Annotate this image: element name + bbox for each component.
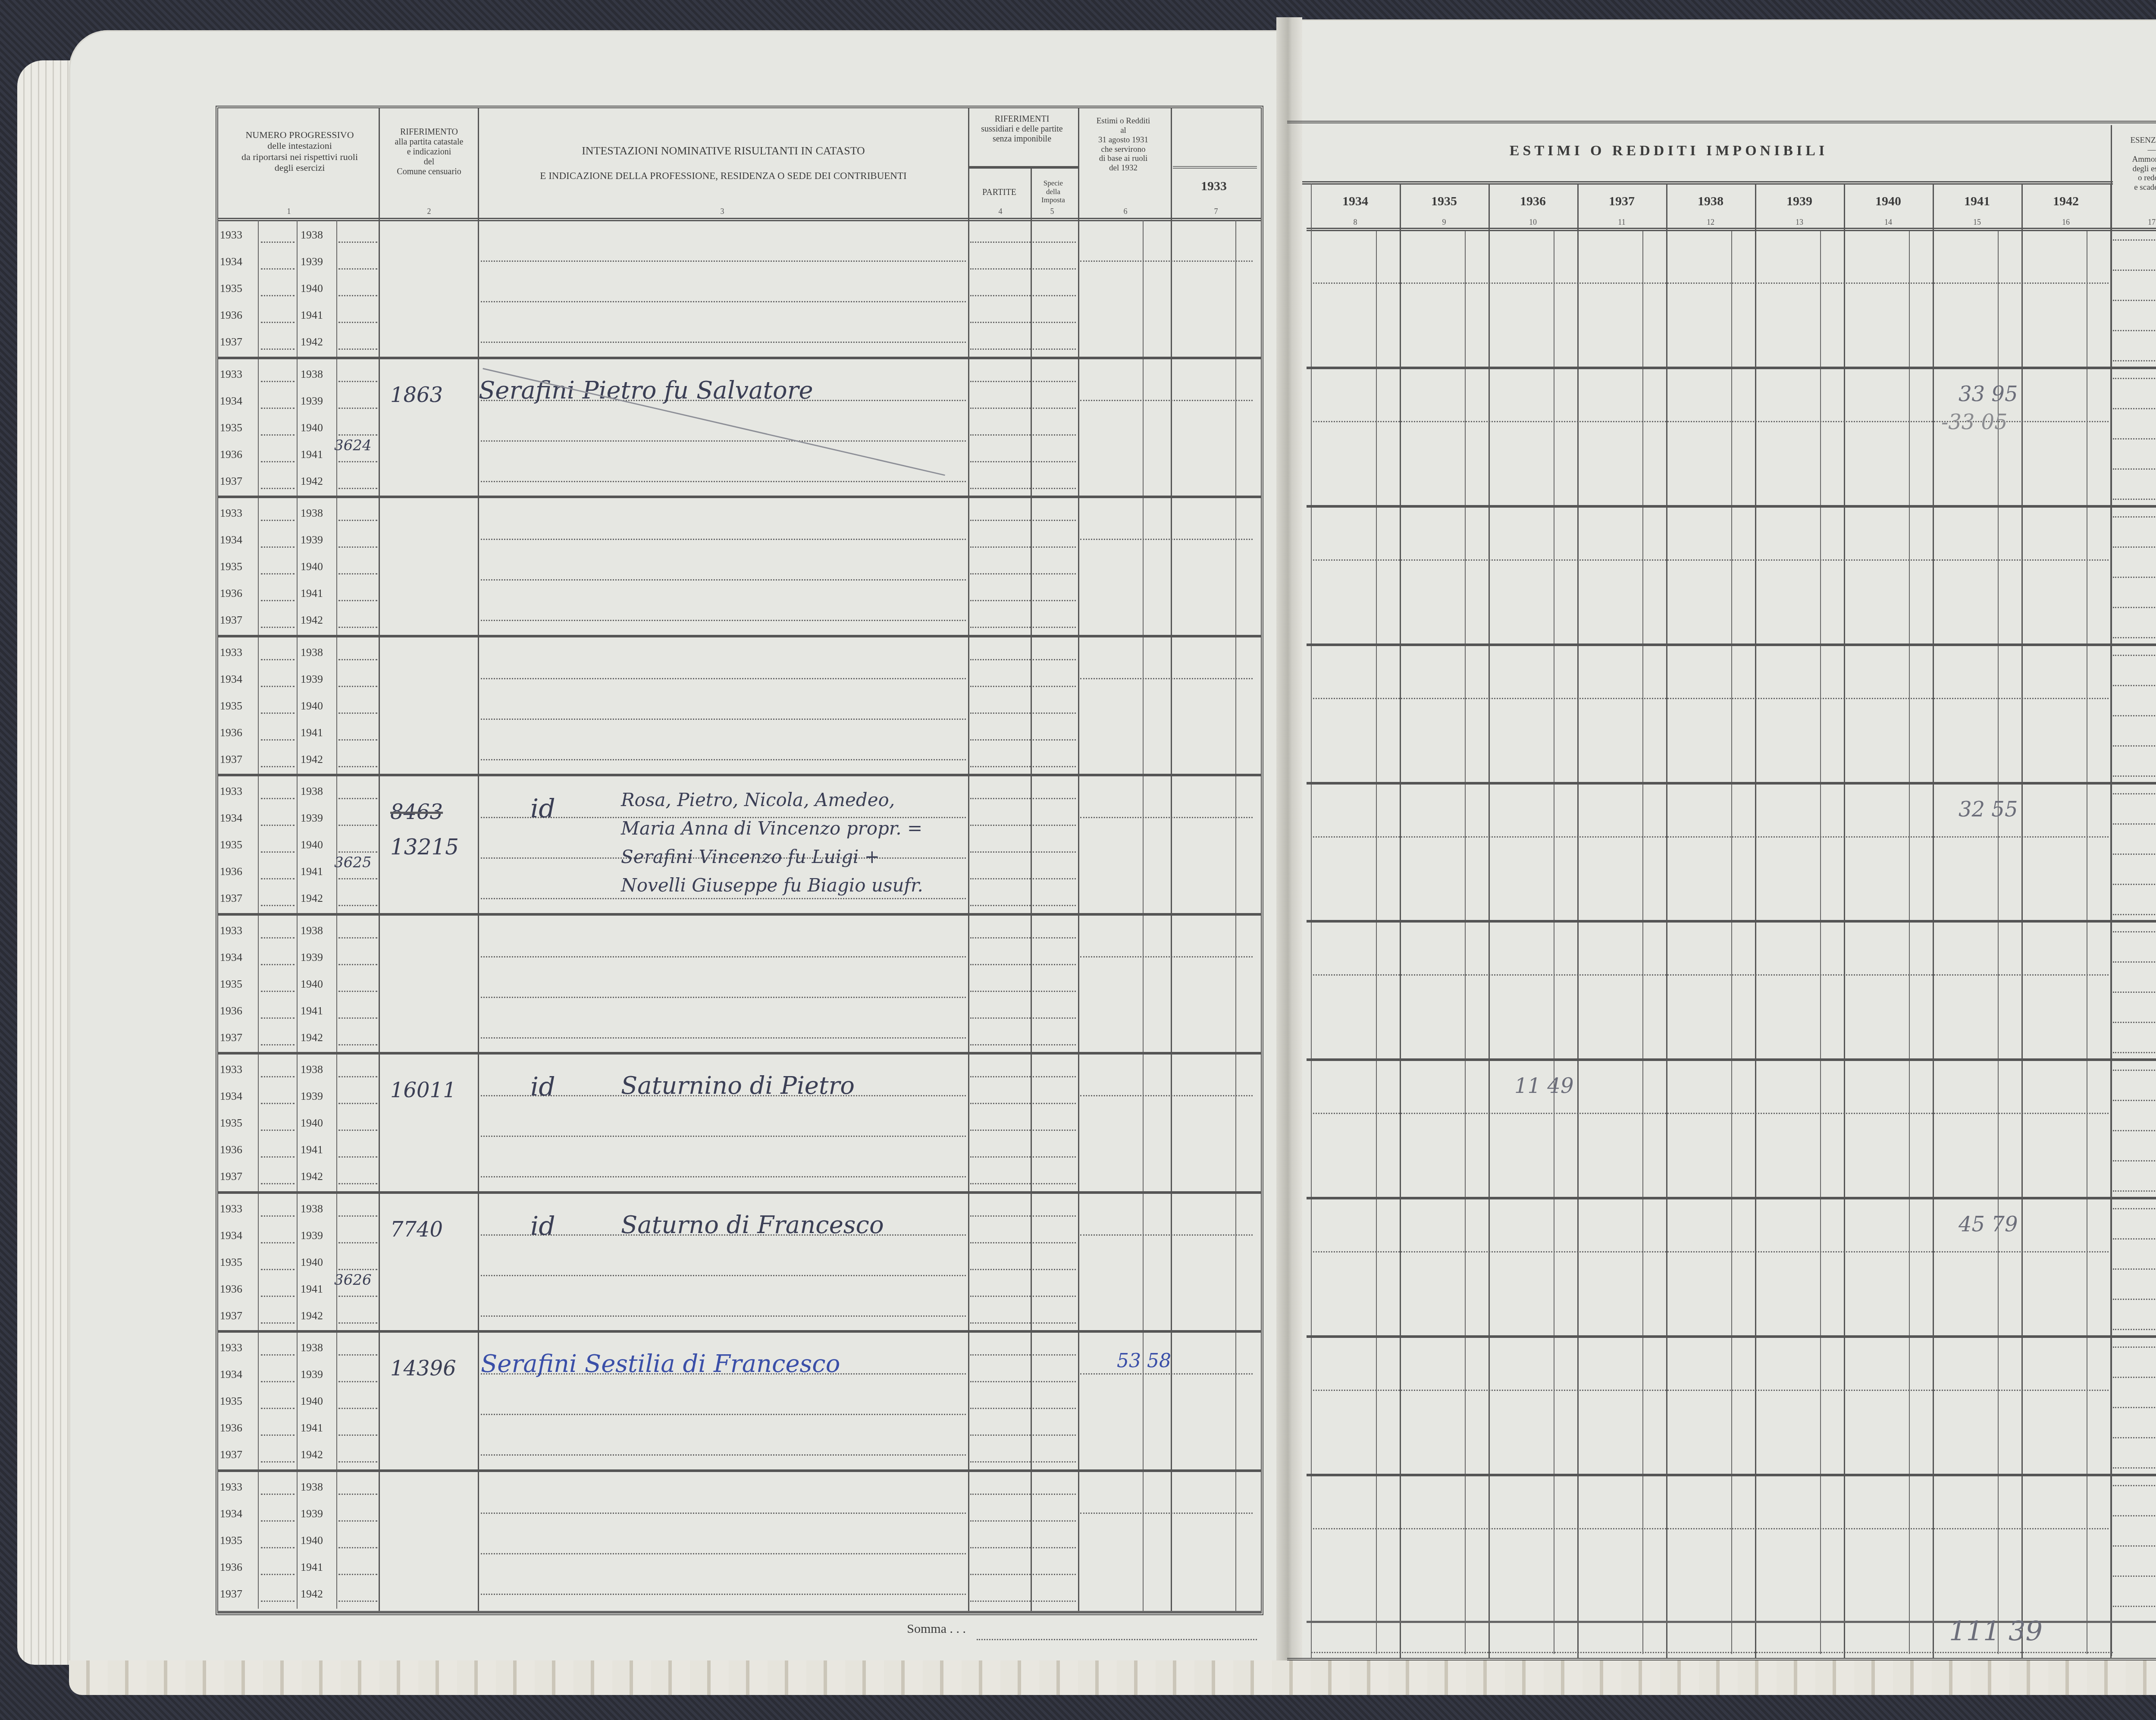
dotted-line: [481, 1275, 966, 1276]
dotted-line: [2113, 270, 2156, 271]
year-label-left: 1936: [220, 1143, 242, 1156]
dotted-line: [2113, 1299, 2156, 1300]
dotted-line: [338, 600, 377, 601]
col6-value: 53 58: [1117, 1350, 1171, 1372]
dotted-line: [970, 1044, 1031, 1045]
dotted-line: [1033, 295, 1076, 296]
dotted-line: [1033, 408, 1076, 409]
dotted-line: [338, 1215, 377, 1217]
year-label-right: 1939: [301, 1368, 323, 1381]
year-label-right: 1941: [301, 448, 323, 461]
year-label-left: 1936: [220, 448, 242, 461]
dotted-line: [1033, 1520, 1076, 1522]
dotted-line: [1033, 322, 1076, 323]
dotted-line: [2113, 1346, 2156, 1348]
dotted-line: [338, 1408, 377, 1409]
dotted-line: [1033, 1601, 1076, 1602]
dotted-line: [970, 1103, 1031, 1104]
year-label-left: 1937: [220, 1448, 242, 1461]
dotted-line: [970, 905, 1031, 906]
dotted-line: [2113, 1238, 2156, 1240]
dotted-line: [261, 546, 295, 548]
dotted-line: [338, 1494, 377, 1495]
year-label-right: 1940: [301, 421, 323, 434]
dotted-line: [970, 712, 1031, 714]
year-header-1935: 1935: [1400, 194, 1489, 209]
dotted-line: [338, 461, 377, 462]
dotted-line: [338, 1296, 377, 1297]
header-bottom-rule-right: [1307, 228, 2156, 231]
dotted-line: [970, 1434, 1031, 1436]
dotted-line: [261, 434, 295, 436]
year-header-1938: 1938: [1666, 194, 1755, 209]
dotted-line: [338, 991, 377, 992]
dotted-line: [2113, 468, 2156, 470]
dotted-line: [1313, 559, 2109, 561]
dotted-line: [970, 1547, 1031, 1548]
years-top-rule: [1302, 181, 2113, 185]
dotted-line: [338, 1044, 377, 1045]
year-label-right: 1942: [301, 1031, 323, 1044]
dotted-line: [261, 878, 295, 879]
row-separator-left: [218, 1330, 1261, 1333]
year-label-right: 1940: [301, 1534, 323, 1547]
dotted-line: [970, 381, 1031, 382]
year-label-right: 1941: [301, 1422, 323, 1434]
year-label-left: 1934: [220, 395, 242, 408]
dotted-line: [1033, 937, 1076, 938]
dotted-line: [1033, 1103, 1076, 1104]
year-label-left: 1934: [220, 534, 242, 546]
year-label-left: 1934: [220, 1229, 242, 1242]
dotted-line: [261, 1269, 295, 1270]
dotted-line: [261, 766, 295, 767]
year-label-right: 1940: [301, 1256, 323, 1269]
dotted-line: [970, 798, 1031, 799]
year-label-right: 1941: [301, 1143, 323, 1156]
idem-prefix: id: [530, 1072, 555, 1102]
dotted-line: [481, 1454, 966, 1456]
dotted-line: [970, 766, 1031, 767]
dotted-line: [1033, 1044, 1076, 1045]
dotted-line: [2113, 1130, 2156, 1131]
vline-cents: [1909, 231, 1910, 1654]
dotted-line: [481, 301, 966, 302]
year-label-right: 1939: [301, 1090, 323, 1103]
dotted-line: [1033, 348, 1076, 350]
contributor-name: Saturno di Francesco: [621, 1211, 884, 1239]
year-header-1939: 1939: [1755, 194, 1844, 209]
col-number-2: 2: [420, 207, 438, 216]
header-col7: 1933: [1171, 179, 1257, 194]
dotted-line: [481, 678, 966, 679]
year-label-right: 1939: [301, 951, 323, 964]
dotted-line: [338, 1520, 377, 1522]
row-separator-left: [218, 496, 1261, 498]
year-label-left: 1933: [220, 1063, 242, 1076]
dotted-line: [261, 408, 295, 409]
dotted-line: [338, 766, 377, 767]
col-number-1: 1: [280, 207, 298, 216]
year-label-right: 1938: [301, 1341, 323, 1354]
value-1941: 45 79: [1959, 1212, 2018, 1237]
header-col45-line: senza imponibile: [968, 134, 1076, 144]
dotted-line: [2113, 607, 2156, 608]
vline-cents: [1998, 231, 1999, 1654]
year-label-left: 1936: [220, 1561, 242, 1574]
dotted-line: [1080, 1513, 1253, 1514]
dotted-line: [338, 488, 377, 489]
dotted-line: [1313, 1390, 2109, 1391]
year-label-left: 1934: [220, 1507, 242, 1520]
year-label-right: 1941: [301, 587, 323, 600]
year-label-left: 1937: [220, 1031, 242, 1044]
header-bottom-rule-left: [218, 218, 1261, 221]
year-label-left: 1937: [220, 1309, 242, 1322]
dotted-line: [338, 1156, 377, 1158]
year-label-right: 1939: [301, 534, 323, 546]
dotted-line: [1033, 546, 1076, 548]
year-label-left: 1934: [220, 1368, 242, 1381]
value-1941: 32 55: [1959, 797, 2018, 822]
dotted-line: [261, 1461, 295, 1463]
dotted-line: [2113, 438, 2156, 439]
header-col5-line: Imposta: [1031, 196, 1076, 204]
dotted-line: [338, 268, 377, 270]
dotted-line: [1033, 573, 1076, 574]
header-col5: Specie della Imposta: [1031, 179, 1076, 204]
dotted-line: [2113, 715, 2156, 716]
dotted-line: [261, 322, 295, 323]
dotted-line: [261, 905, 295, 906]
dotted-line: [970, 600, 1031, 601]
dotted-line: [1033, 1547, 1076, 1548]
dotted-line: [261, 798, 295, 799]
row-separator-right: [1307, 1058, 2156, 1061]
dotted-line: [1313, 698, 2109, 699]
dotted-line: [1033, 1461, 1076, 1463]
dotted-line: [261, 520, 295, 521]
dotted-line: [2113, 1160, 2156, 1161]
header-col5-line: Specie: [1031, 179, 1076, 188]
dotted-line: [481, 1315, 966, 1317]
dotted-line: [261, 295, 295, 296]
dotted-line: [970, 1574, 1031, 1575]
dotted-line: [1033, 991, 1076, 992]
dotted-line: [338, 520, 377, 521]
dotted-line: [261, 488, 295, 489]
value-1941-correction: -33 05: [1941, 410, 2008, 434]
dotted-line: [1080, 1095, 1253, 1096]
header-col6: Estimi o Redditi al 31 agosto 1931 che s…: [1078, 116, 1169, 173]
dotted-line: [970, 1408, 1031, 1409]
year-label-left: 1935: [220, 978, 242, 991]
dotted-line: [481, 997, 966, 998]
sum-top-rule-left: [218, 1611, 1261, 1613]
dotted-line: [338, 1017, 377, 1019]
dotted-line: [338, 825, 377, 826]
row-separator-right: [1307, 1474, 2156, 1476]
dotted-line: [261, 1044, 295, 1045]
dotted-line: [261, 851, 295, 853]
year-label-left: 1936: [220, 309, 242, 322]
dotted-line: [1033, 381, 1076, 382]
dotted-line: [338, 851, 377, 853]
header-col3-title: INTESTAZIONI NOMINATIVE RISULTANTI IN CA…: [479, 144, 968, 157]
dotted-line: [1033, 1354, 1076, 1356]
year-label-right: 1938: [301, 924, 323, 937]
dotted-line: [2113, 1437, 2156, 1438]
dotted-line: [261, 1076, 295, 1077]
dotted-line: [970, 461, 1031, 462]
dotted-line: [481, 1553, 966, 1554]
dotted-line: [1033, 1076, 1076, 1077]
dotted-line: [1033, 659, 1076, 660]
dotted-line: [970, 1076, 1031, 1077]
dotted-line: [1033, 600, 1076, 601]
year-label-left: 1934: [220, 673, 242, 686]
dotted-line: [1033, 488, 1076, 489]
row-separator-left: [218, 913, 1261, 916]
dotted-line: [338, 1354, 377, 1356]
page-stack-left: [17, 60, 78, 1665]
header-col4: PARTITE: [968, 188, 1031, 198]
dotted-line: [970, 878, 1031, 879]
dotted-line: [481, 261, 966, 262]
dotted-line: [970, 851, 1031, 853]
contributor-name: Serafini Vincenzo fu Luigi +: [621, 846, 880, 867]
dotted-line: [261, 659, 295, 660]
header-col45: RIFERIMENTI sussidiari e delle partite s…: [968, 114, 1076, 144]
header-col2: RIFERIMENTO alla partita catastale e ind…: [379, 127, 479, 177]
year-label-right: 1938: [301, 646, 323, 659]
dotted-line: [261, 1183, 295, 1184]
year-label-right: 1938: [301, 1202, 323, 1215]
dotted-line: [1033, 964, 1076, 965]
year-label-left: 1937: [220, 753, 242, 766]
year-header-1936: 1936: [1489, 194, 1577, 209]
dotted-line: [1080, 1234, 1253, 1236]
col-number-15: 15: [1968, 218, 1986, 227]
dotted-line: [2113, 775, 2156, 777]
dotted-line: [1033, 878, 1076, 879]
header-col17-line: ESENZIONI: [2113, 136, 2156, 145]
dotted-line: [481, 342, 966, 343]
dotted-line: [2113, 378, 2156, 379]
dotted-line: [1313, 974, 2109, 976]
row-separator-right: [1307, 782, 2156, 785]
dotted-line: [970, 1183, 1031, 1184]
dotted-line: [338, 1076, 377, 1077]
year-label-right: 1942: [301, 336, 323, 348]
year-label-right: 1940: [301, 1117, 323, 1130]
dotted-line: [1313, 1251, 2109, 1252]
year-label-left: 1935: [220, 700, 242, 712]
dotted-line: [338, 1461, 377, 1463]
dotted-line: [2113, 1407, 2156, 1408]
year-label-left: 1933: [220, 368, 242, 381]
dotted-line: [970, 434, 1031, 436]
dotted-line: [970, 1354, 1031, 1356]
header-col1-line: degli esercizi: [220, 162, 379, 173]
year-label-left: 1937: [220, 475, 242, 488]
dotted-line: [338, 1381, 377, 1382]
year-label-left: 1935: [220, 421, 242, 434]
dotted-line: [481, 440, 966, 442]
reference-number: 3624: [334, 437, 372, 454]
reference-number: 3625: [334, 854, 372, 871]
vline: [1078, 108, 1079, 1613]
dotted-line: [338, 686, 377, 687]
dotted-line: [261, 627, 295, 628]
dotted-line: [970, 295, 1031, 296]
dotted-line: [481, 1176, 966, 1177]
contributor-name: Rosa, Pietro, Nicola, Amedeo,: [621, 789, 895, 810]
year-label-right: 1938: [301, 785, 323, 798]
dotted-line: [261, 1296, 295, 1297]
year-label-left: 1935: [220, 560, 242, 573]
year-label-right: 1942: [301, 892, 323, 905]
dotted-line: [338, 798, 377, 799]
header-col2-line: alla partita catastale: [379, 137, 479, 147]
dotted-line: [481, 579, 966, 581]
row-separator-right: [1307, 367, 2156, 369]
dotted-line: [338, 1130, 377, 1131]
vline-cents: [1820, 231, 1821, 1654]
col-number-10: 10: [1524, 218, 1542, 227]
dotted-line: [1033, 1434, 1076, 1436]
dotted-line: [970, 1520, 1031, 1522]
year-label-left: 1937: [220, 892, 242, 905]
dotted-line: [970, 1156, 1031, 1158]
year-header-1937: 1937: [1577, 194, 1666, 209]
dotted-line: [2113, 546, 2156, 548]
row-separator-left: [218, 774, 1261, 776]
dotted-line: [338, 905, 377, 906]
col-number-4: 4: [992, 207, 1009, 216]
dotted-line: [2113, 577, 2156, 578]
vline-cents: [1554, 231, 1554, 1654]
dotted-line: [970, 659, 1031, 660]
dotted-line: [970, 408, 1031, 409]
col-number-6: 6: [1117, 207, 1134, 216]
vline-cents: [1376, 231, 1377, 1654]
dotted-line: [481, 481, 966, 482]
dotted-line: [1080, 261, 1253, 262]
row-separator-right: [1307, 1197, 2156, 1199]
dotted-line: [2113, 1515, 2156, 1516]
dotted-line: [338, 242, 377, 243]
dotted-line: [261, 825, 295, 826]
vline-cents: [1642, 231, 1643, 1654]
contributor-name: Serafini Sestilia di Francesco: [481, 1350, 840, 1378]
dotted-line: [2113, 1208, 2156, 1209]
dotted-line: [261, 600, 295, 601]
dotted-line: [2113, 1606, 2156, 1607]
dotted-line: [2113, 1190, 2156, 1192]
dotted-line: [338, 1601, 377, 1602]
sum-label: Somma . . .: [819, 1622, 966, 1637]
header-col6-line: Estimi o Redditi: [1078, 116, 1169, 126]
row-separator-left: [218, 1191, 1261, 1194]
header-col1-title: NUMERO PROGRESSIVO: [220, 129, 379, 140]
dotted-line: [338, 1269, 377, 1270]
row-separator-right: [1307, 643, 2156, 646]
dotted-line: [1080, 539, 1253, 540]
dotted-line: [1033, 766, 1076, 767]
dotted-line: [261, 1434, 295, 1436]
dotted-line: [1033, 1322, 1076, 1324]
dotted-line: [1080, 817, 1253, 818]
dotted-line: [261, 1574, 295, 1575]
dotted-line: [2113, 1070, 2156, 1071]
header-col5-line: della: [1031, 188, 1076, 196]
dotted-line: [481, 956, 966, 957]
dotted-line: [970, 1322, 1031, 1324]
year-label-left: 1936: [220, 865, 242, 878]
dotted-line: [2113, 637, 2156, 638]
year-label-left: 1936: [220, 1283, 242, 1296]
dotted-line: [2113, 1467, 2156, 1469]
dotted-line: [970, 1494, 1031, 1495]
dotted-line: [2113, 884, 2156, 885]
form-code: Mod. 111 - Imposte Dirette (Intercalare)…: [2134, 93, 2156, 103]
dotted-line: [338, 381, 377, 382]
dotted-line: [1033, 1215, 1076, 1217]
year-label-left: 1933: [220, 1202, 242, 1215]
dotted-line: [1033, 739, 1076, 741]
dotted-line: [2113, 914, 2156, 915]
header-col1-line: delle intestazioni: [220, 140, 379, 151]
dotted-line: [338, 348, 377, 350]
dotted-line: [2113, 823, 2156, 825]
year-label-right: 1939: [301, 1229, 323, 1242]
year-header-1942: 1942: [2021, 194, 2110, 209]
dotted-line: [2113, 1545, 2156, 1547]
vline: [478, 108, 479, 1613]
right-title: ESTIMI O REDDITI IMPONIBILI: [1302, 142, 2035, 159]
year-label-right: 1941: [301, 309, 323, 322]
year-label-left: 1933: [220, 507, 242, 520]
dotted-line: [261, 1156, 295, 1158]
vline-cents: [1465, 231, 1466, 1654]
dotted-line: [1033, 1017, 1076, 1019]
dotted-line: [970, 268, 1031, 270]
partita-number: 8463: [390, 800, 443, 824]
dotted-line: [338, 1574, 377, 1575]
year-label-left: 1936: [220, 1422, 242, 1434]
dotted-line: [261, 348, 295, 350]
dotted-line: [970, 573, 1031, 574]
year-label-right: 1942: [301, 1448, 323, 1461]
year-label-left: 1936: [220, 726, 242, 739]
dotted-line: [338, 937, 377, 938]
dotted-line: [338, 295, 377, 296]
year-label-left: 1935: [220, 1395, 242, 1408]
year-label-right: 1940: [301, 838, 323, 851]
row-separator-right: [1307, 920, 2156, 923]
dotted-line: [481, 1594, 966, 1595]
vline: [968, 108, 969, 1613]
dotted-line: [261, 712, 295, 714]
header-divider-col45: [968, 166, 1078, 169]
dotted-line: [1033, 520, 1076, 521]
dotted-line: [261, 964, 295, 965]
dotted-line: [338, 322, 377, 323]
value-1936: 11 49: [1514, 1074, 1573, 1098]
dotted-line: [481, 1414, 966, 1415]
dotted-line: [338, 878, 377, 879]
